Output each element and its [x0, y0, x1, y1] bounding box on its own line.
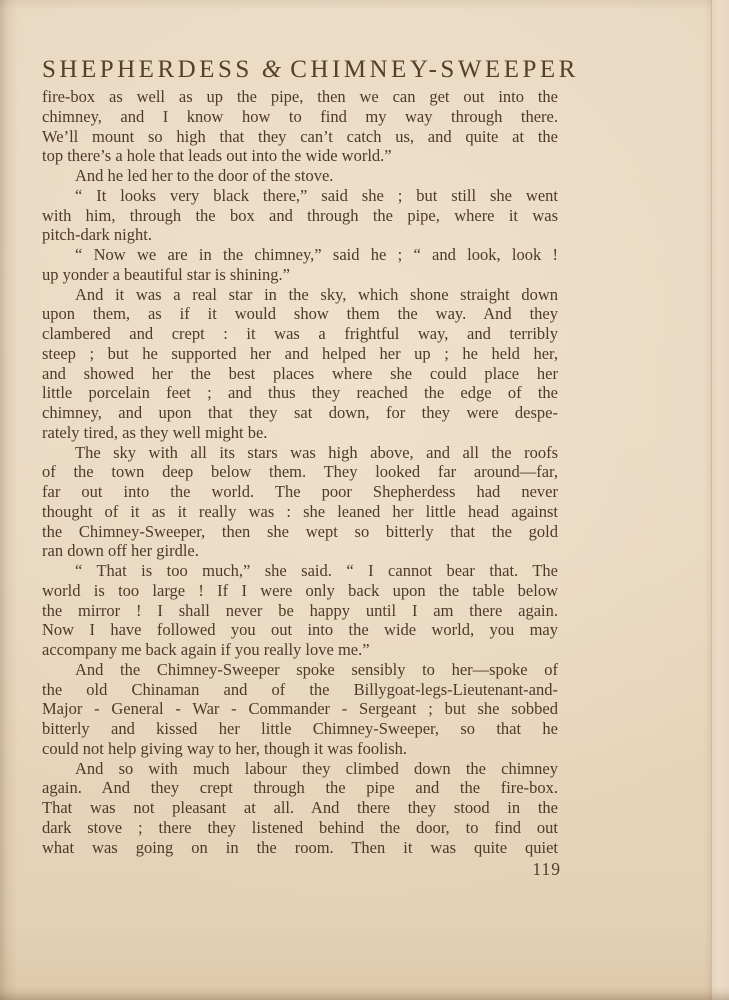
- running-head: SHEPHERDESS&CHIMNEY-SWEEPER: [42, 56, 558, 84]
- text-line: world is too large ! If I were only back…: [42, 581, 558, 601]
- running-head-right: CHIMNEY-SWEEPER: [290, 56, 579, 83]
- text-line: up yonder a beautiful star is shining.”: [42, 265, 558, 285]
- text-line: bitterly and kissed her little Chimney-S…: [42, 719, 558, 739]
- page-gutter-shadow: [0, 0, 18, 1000]
- book-page-scan: SHEPHERDESS&CHIMNEY-SWEEPER fire-box as …: [0, 0, 729, 1000]
- text-line: “ That is too much,” she said. “ I canno…: [42, 561, 558, 581]
- text-line: And he led her to the door of the stove.: [42, 166, 558, 186]
- text-line: chimney, and I know how to find my way t…: [42, 107, 558, 127]
- page-number: 119: [42, 859, 561, 879]
- text-line: rately tired, as they well might be.: [42, 423, 558, 443]
- text-line: And the Chimney-Sweeper spoke sensibly t…: [42, 660, 558, 680]
- text-line: could not help giving way to her, though…: [42, 739, 558, 759]
- text-line: And so with much labour they climbed dow…: [42, 759, 558, 779]
- text-line: the mirror ! I shall never be happy unti…: [42, 601, 558, 621]
- text-line: pitch-dark night.: [42, 225, 558, 245]
- text-line: fire-box as well as up the pipe, then we…: [42, 87, 558, 107]
- text-line: thought of it as it really was : she lea…: [42, 502, 558, 522]
- text-line: clambered and crept : it was a frightful…: [42, 324, 558, 344]
- text-line: the Chimney-Sweeper, then she wept so bi…: [42, 522, 558, 542]
- text-line: again. And they crept through the pipe a…: [42, 778, 558, 798]
- text-line: That was not pleasant at all. And there …: [42, 798, 558, 818]
- running-head-left: SHEPHERDESS: [42, 56, 253, 83]
- page-deckle-edge: [711, 0, 729, 1000]
- text-line: And it was a real star in the sky, which…: [42, 285, 558, 305]
- text-line: far out into the world. The poor Shepher…: [42, 482, 558, 502]
- text-line: the old Chinaman and of the Billygoat-le…: [42, 680, 558, 700]
- text-line: upon them, as if it would show them the …: [42, 304, 558, 324]
- text-line: what was going on in the room. Then it w…: [42, 838, 558, 858]
- text-line: chimney, and upon that they sat down, fo…: [42, 403, 558, 423]
- text-line: of the town deep below them. They looked…: [42, 462, 558, 482]
- running-head-ampersand: &: [262, 56, 281, 83]
- text-line: little porcelain feet ; and thus they re…: [42, 383, 558, 403]
- page-bottom-shadow: [0, 986, 729, 1000]
- text-line: ran down off her girdle.: [42, 541, 558, 561]
- text-block: fire-box as well as up the pipe, then we…: [42, 87, 558, 857]
- text-line: accompany me back again if you really lo…: [42, 640, 558, 660]
- text-line: top there’s a hole that leads out into t…: [42, 146, 558, 166]
- text-line: We’ll mount so high that they can’t catc…: [42, 127, 558, 147]
- text-line: Now I have followed you out into the wid…: [42, 620, 558, 640]
- text-line: Major - General - War - Commander - Serg…: [42, 699, 558, 719]
- text-line: “ Now we are in the chimney,” said he ; …: [42, 245, 558, 265]
- text-line: The sky with all its stars was high abov…: [42, 443, 558, 463]
- text-line: steep ; but he supported her and helped …: [42, 344, 558, 364]
- page-top-shading: [0, 0, 729, 10]
- text-line: dark stove ; there they listened behind …: [42, 818, 558, 838]
- text-line: and showed her the best places where she…: [42, 364, 558, 384]
- text-line: with him, through the box and through th…: [42, 206, 558, 226]
- text-line: “ It looks very black there,” said she ;…: [42, 186, 558, 206]
